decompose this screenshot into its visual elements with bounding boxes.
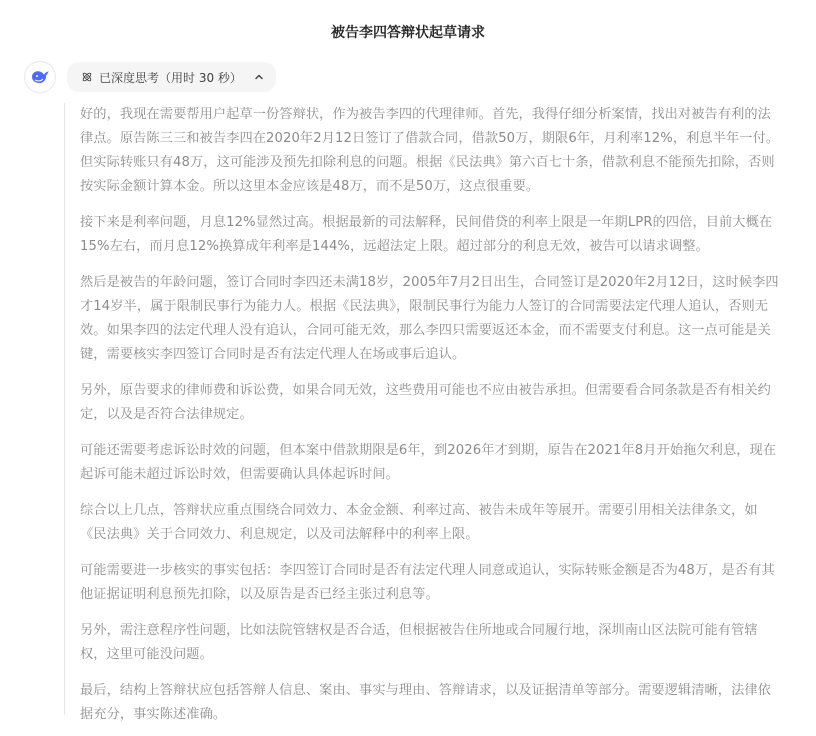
- thinking-paragraph: 综合以上几点，答辩状应重点围绕合同效力、本金金额、利率过高、被告未成年等展开。需…: [80, 499, 780, 547]
- deepseek-whale-icon: [30, 69, 50, 85]
- conversation-title: 被告李四答辩状起草请求: [0, 22, 816, 44]
- thinking-paragraph: 然后是被告的年龄问题，签订合同时李四还未满18岁，2005年7月2日出生，合同签…: [80, 271, 780, 367]
- deep-thinking-toggle[interactable]: 已深度思考（用时 30 秒）: [67, 62, 276, 92]
- assistant-avatar: [24, 61, 56, 93]
- thinking-paragraph: 接下来是利率问题，月息12%显然过高。根据最新的司法解释，民间借贷的利率上限是一…: [80, 211, 780, 259]
- thinking-paragraph: 另外，原告要求的律师费和诉讼费，如果合同无效，这些费用可能也不应由被告承担。但需…: [80, 379, 780, 427]
- thinking-paragraph: 另外，需注意程序性问题，比如法院管辖权是否合适，但根据被告住所地或合同履行地，深…: [80, 619, 780, 667]
- thinking-paragraph: 可能还需要考虑诉讼时效的问题，但本案中借款期限是6年，到2026年才到期，原告在…: [80, 439, 780, 487]
- thinking-paragraph: 好的，我现在需要帮用户起草一份答辩状，作为被告李四的代理律师。首先，我得仔细分析…: [80, 103, 780, 199]
- thinking-content: 好的，我现在需要帮用户起草一份答辩状，作为被告李四的代理律师。首先，我得仔细分析…: [64, 103, 780, 715]
- thinking-status-label: 已深度思考（用时 30 秒）: [99, 69, 242, 86]
- chevron-up-icon: [254, 72, 264, 82]
- atom-icon: [81, 71, 93, 83]
- thinking-paragraph: 最后，结构上答辩状应包括答辩人信息、案由、事实与理由、答辩请求，以及证据清单等部…: [80, 679, 780, 727]
- thinking-paragraph: 可能需要进一步核实的事实包括：李四签订合同时是否有法定代理人同意或追认，实际转账…: [80, 559, 780, 607]
